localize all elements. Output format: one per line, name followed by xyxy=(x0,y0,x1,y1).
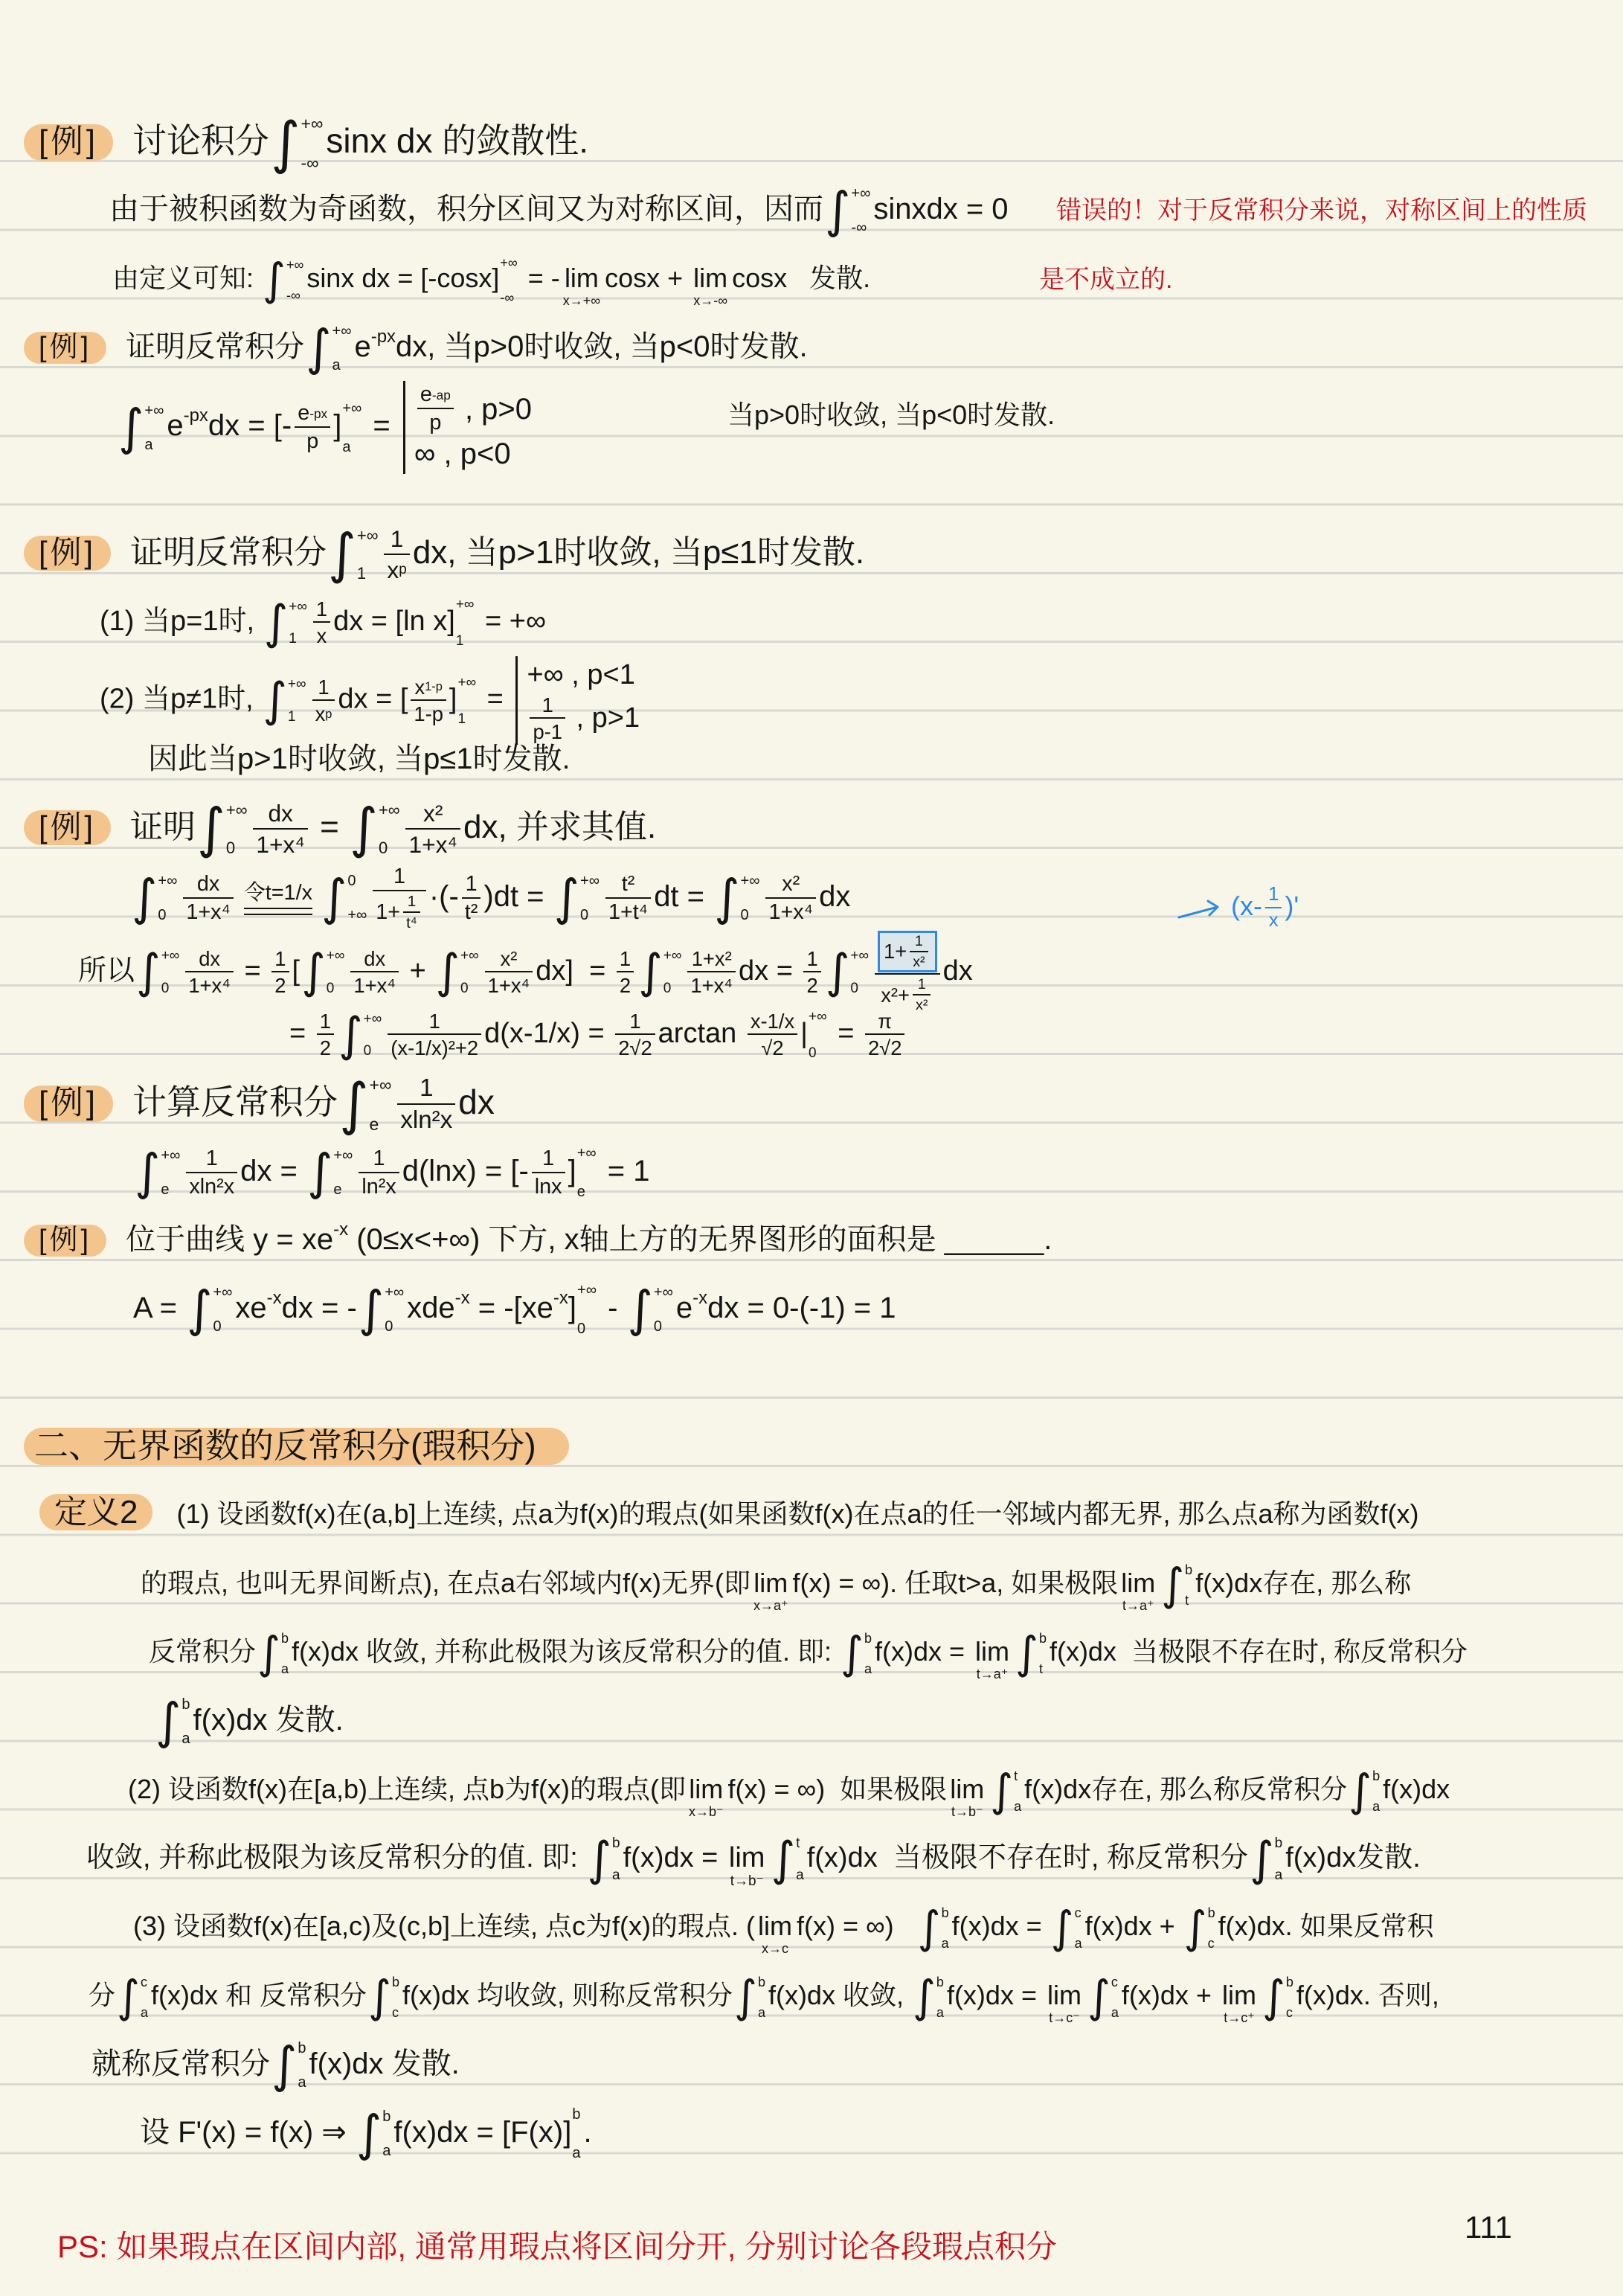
text-segment: f(x)dx. 否则, xyxy=(1296,1980,1439,2010)
integral-limits: ba xyxy=(298,2041,306,2090)
derivative-hint-note: (x-1x)' xyxy=(1231,872,1299,940)
text-segment: = -[xe xyxy=(470,1292,553,1324)
lower-limit: a xyxy=(382,2143,391,2158)
fraction: x1-p1-p xyxy=(411,676,446,726)
numerator: 1+1x² xyxy=(875,931,940,973)
upper-limit: b xyxy=(181,1697,190,1712)
text-segment: 计算反常积分 xyxy=(132,1083,338,1121)
numerator: 1 xyxy=(313,597,330,621)
integral: ∫+∞0 xyxy=(554,873,600,923)
numerator: x1-p xyxy=(411,676,445,699)
text-segment: 就称反常积分 xyxy=(91,2048,270,2080)
example-label: [例] xyxy=(24,810,111,845)
definition-2-line-7: (3) 设函数f(x)在[a,c)及(c,b]上连续, 点c为f(x)的瑕点. … xyxy=(133,1892,1434,1960)
numerator: 1 xyxy=(539,1147,557,1172)
text-segment: f(x)dx 当极限不存在时, 称反常积分 xyxy=(807,1842,1248,1873)
numerator: 1+x² xyxy=(689,947,735,971)
text-segment: dx = xyxy=(739,955,800,987)
correction-note-1: 错误的！对于反常积分来说，对称区间上的性质 xyxy=(1056,176,1587,245)
integral-limits: bc xyxy=(1286,1975,1293,2019)
upper-limit: b xyxy=(382,2109,391,2124)
text-segment: (3) 设函数f(x)在[a,c)及(c,b]上连续, 点c为f(x)的瑕点. … xyxy=(133,1911,755,1941)
integral: ∫+∞0 xyxy=(197,802,247,856)
integral-sign-icon: ∫ xyxy=(197,802,225,856)
text-segment: (0≤x<+∞) 下方, x轴上方的无界图形的面积是 ______. xyxy=(348,1223,1052,1256)
integral-sign-icon: ∫ xyxy=(913,1975,936,2019)
limit: limt→a⁺ xyxy=(975,1638,1009,1681)
text-segment: f(x)dx 收敛, xyxy=(768,1980,911,2010)
limit: limt→c⁺ xyxy=(1222,1982,1256,2024)
numerator: x² xyxy=(779,872,803,897)
integral: ∫ba xyxy=(734,1975,765,2019)
denominator: 1+x⁴ xyxy=(185,971,234,997)
limit: limx→c xyxy=(758,1913,792,1955)
denominator: 1+t⁴ xyxy=(605,897,651,925)
numerator: 1 xyxy=(1265,884,1282,907)
integral: ∫+∞0 xyxy=(136,949,179,995)
text-segment: dx] = xyxy=(536,955,614,987)
integral-limits: bt xyxy=(1185,1563,1192,1607)
upper-limit: b xyxy=(298,2041,306,2056)
lower-limit: a xyxy=(141,2006,148,2019)
text-segment: 反常积分 xyxy=(149,1636,256,1667)
text-segment: 由于被积函数为奇函数，积分区间又为对称区间，因而 xyxy=(109,193,823,225)
integral-sign-icon: ∫ xyxy=(841,1632,864,1675)
lower-limit: a xyxy=(1075,1937,1082,1950)
fraction: e-app xyxy=(417,382,454,435)
superscript: -x xyxy=(333,1219,348,1240)
text-segment: f(x)dx 收敛, 并称此极限为该反常积分的值. 即: xyxy=(292,1636,839,1667)
fraction: 1xln²x xyxy=(186,1147,237,1199)
integral-sign-icon: ∫ xyxy=(306,324,331,373)
text-segment: e xyxy=(420,382,432,407)
definition-2-line-9: 就称反常积分∫baf(x)dx 发散. xyxy=(91,2030,460,2098)
example-4-title: [例]证明∫+∞0dx1+x⁴ = ∫+∞0x²1+x⁴dx, 并求其值. xyxy=(24,793,656,862)
integral-sign-icon: ∫ xyxy=(1184,1906,1207,1950)
fraction: 12 xyxy=(317,1010,334,1060)
lower-limit: a xyxy=(942,1937,949,1950)
integral-sign-icon: ∫ xyxy=(1262,1975,1285,2019)
integral-limits: +∞0 xyxy=(158,873,177,923)
integral: ∫bc xyxy=(1184,1906,1215,1950)
upper-limit: b xyxy=(1372,1769,1380,1783)
case-row: +∞ , p<1 xyxy=(527,658,640,693)
numerator: dx xyxy=(196,947,223,971)
text-segment: (x- xyxy=(1231,891,1262,921)
integral-sign-icon: ∫ xyxy=(263,258,286,302)
integral: ∫bc xyxy=(1262,1975,1293,2019)
denominator: x² xyxy=(910,951,928,971)
numerator: 1 xyxy=(626,1010,643,1033)
fraction: 1x² xyxy=(910,933,928,970)
integral: ∫ba xyxy=(271,2041,306,2090)
upper-limit: +∞ xyxy=(364,1012,382,1026)
text-segment: 因此当p>1时收敛, 当p≤1时发散. xyxy=(148,743,571,775)
text-segment: 1+ xyxy=(884,940,907,963)
denominator: xp xyxy=(312,699,335,725)
fraction: 1+x²1+x⁴ xyxy=(687,947,736,998)
text-segment: 收敛, 并称此极限为该反常积分的值. 即: xyxy=(86,1842,585,1873)
integral-limits: +∞1 xyxy=(289,600,307,647)
integral-limits: +∞0 xyxy=(663,949,682,995)
integral-limits: ca xyxy=(1075,1906,1082,1950)
text-segment: f(x)dx = [F(x)] xyxy=(393,2116,571,2149)
newton-leibniz-line: 设 F'(x) = f(x) ⇒ ∫baf(x)dx = [F(x)]ba. xyxy=(140,2098,592,2167)
example-label: [例] xyxy=(24,536,111,571)
integral-limits: +∞0 xyxy=(385,1285,404,1334)
integral-sign-icon: ∫ xyxy=(918,1906,941,1950)
text-segment: e xyxy=(298,401,309,426)
example-label: [例] xyxy=(24,1086,113,1122)
upper-limit: b xyxy=(758,1975,765,1989)
denominator: t² xyxy=(462,897,481,925)
integral: ∫+∞0 xyxy=(628,1285,673,1334)
text-segment: (1) 当p=1时, xyxy=(100,606,263,637)
upper-limit: b xyxy=(392,1975,399,1989)
integral-limits: ba xyxy=(612,1836,620,1883)
integral: ∫ba xyxy=(257,1632,289,1675)
fraction: dx1+x⁴ xyxy=(350,947,399,998)
evaluation-limits: +∞1 xyxy=(456,597,475,648)
definition-label: 定义2 xyxy=(39,1494,152,1530)
section-2-header: 二、无界函数的反常积分(瑕积分) xyxy=(24,1411,569,1480)
upper-limit: b xyxy=(1208,1906,1215,1920)
example-label: [例] xyxy=(24,124,113,161)
text-segment: f(x)dx xyxy=(1383,1774,1450,1804)
upper-limit: b xyxy=(612,1836,620,1850)
example-3-title-text: 证明反常积分∫+∞11xpdx, 当p>1时收敛, 当p≤1时发散. xyxy=(130,534,864,571)
integral-sign-icon: ∫ xyxy=(263,677,287,724)
integral-sign-icon: ∫ xyxy=(554,873,579,923)
integral-sign-icon: ∫ xyxy=(587,1836,611,1883)
integral-limits: ba xyxy=(864,1632,872,1675)
text-segment: 证明 xyxy=(130,809,196,845)
integral-limits: 0+∞ xyxy=(347,873,367,923)
lower-limit: a xyxy=(1014,1800,1021,1813)
integral: ∫bt xyxy=(1015,1632,1047,1675)
lim-operator: lim xyxy=(950,1776,984,1803)
denominator: 1+x⁴ xyxy=(183,897,234,925)
integral-sign-icon: ∫ xyxy=(118,403,144,452)
fraction: dx1+x⁴ xyxy=(183,872,234,925)
denominator: 1+x⁴ xyxy=(765,897,816,925)
definition-2-line-4: ∫baf(x)dx 发散. xyxy=(154,1686,344,1754)
lower-limit: 0 xyxy=(161,981,180,995)
integral: ∫ca xyxy=(1051,1906,1082,1950)
text-segment: dx, 当p>0时收敛, 当p<0时发散. xyxy=(396,330,808,363)
integral: ∫bt xyxy=(1161,1563,1192,1607)
fraction: 1xp xyxy=(384,525,409,583)
example-6-title: [例]位于曲线 y = xe-x (0≤x<+∞) 下方, x轴上方的无界图形的… xyxy=(24,1205,1052,1274)
superscript: -x xyxy=(267,1288,282,1308)
text-segment: . xyxy=(583,2116,591,2149)
example-1-line-2: 由定义可知: ∫+∞-∞sinx dx = [-cosx]+∞-∞ = -lim… xyxy=(112,244,870,312)
integral-limits: ba xyxy=(1372,1769,1380,1813)
case-row: ∞ , p<0 xyxy=(414,435,532,472)
integral-sign-icon: ∫ xyxy=(990,1769,1013,1813)
denominator: x xyxy=(313,621,330,647)
integral: ∫+∞0 xyxy=(187,1285,232,1334)
lim-operator: lim xyxy=(975,1638,1009,1665)
superscript: -x xyxy=(553,1288,568,1308)
limit-approach: t→a⁺ xyxy=(977,1667,1009,1681)
integral: ∫+∞1 xyxy=(328,527,378,582)
integral: ∫+∞0 xyxy=(714,873,759,923)
example-5-title: [例]计算反常积分∫+∞e1xln²xdx xyxy=(24,1068,495,1136)
integral-sign-icon: ∫ xyxy=(356,2109,382,2158)
upper-limit: +∞ xyxy=(289,600,307,614)
limit: limx→+∞ xyxy=(563,265,600,307)
denominator: 1+x⁴ xyxy=(405,828,460,858)
integral: ∫+∞-∞ xyxy=(271,115,323,172)
text-segment: (2) 设函数f(x)在[a,b)上连续, 点b为f(x)的瑕点(即 xyxy=(128,1774,686,1804)
text-segment: dx, 并求其值. xyxy=(463,809,656,845)
integral-limits: +∞0 xyxy=(327,949,345,995)
numerator: 1 xyxy=(271,947,289,971)
integral: ∫+∞1 xyxy=(264,600,307,647)
integral-sign-icon: ∫ xyxy=(338,1012,363,1059)
integral-sign-icon: ∫ xyxy=(136,949,161,995)
integral-limits: ba xyxy=(281,1632,289,1675)
integral-sign-icon: ∫ xyxy=(771,1836,795,1883)
integral: ∫ba xyxy=(918,1906,949,1950)
integral: ∫+∞0 xyxy=(638,949,681,995)
integral-limits: ta xyxy=(1014,1769,1021,1813)
numerator: π xyxy=(875,1010,895,1033)
integral-sign-icon: ∫ xyxy=(301,949,326,995)
fraction: x²1+x⁴ xyxy=(485,947,533,998)
substitution-label: 令t=1/x xyxy=(244,882,312,905)
lower-limit: +∞ xyxy=(347,908,367,923)
lim-operator: lim xyxy=(565,265,599,292)
upper-limit: +∞ xyxy=(385,1285,404,1300)
upper-limit: +∞ xyxy=(379,802,400,818)
integral-sign-icon: ∫ xyxy=(638,949,663,995)
text-segment: f(x)dx + xyxy=(1122,1980,1219,2010)
definition-2-line-1: 定义2(1) 设函数f(x)在(a,b]上连续, 点a为f(x)的瑕点(如果函数… xyxy=(39,1480,1419,1548)
fraction: 1xp xyxy=(312,676,335,726)
lower-limit: a xyxy=(936,2006,944,2019)
numerator: dx xyxy=(361,947,388,971)
lower-limit: 1 xyxy=(289,632,307,646)
definition-2-line-2: 的瑕点, 也叫无界间断点), 在点a右邻域内f(x)无界(即limx→a⁺f(x… xyxy=(141,1549,1411,1617)
numerator: 1 xyxy=(370,1147,388,1172)
integral: ∫ta xyxy=(771,1836,803,1883)
text-segment: 位于曲线 y = xe xyxy=(126,1223,333,1256)
denominator: 2 xyxy=(617,971,634,997)
numerator: 1 xyxy=(405,893,420,911)
example-4-line-1: ∫+∞0dx1+x⁴令t=1/x∫0+∞11+1t⁴·(-1t²)dt = ∫+… xyxy=(130,862,850,931)
integral-limits: ca xyxy=(1111,1975,1119,2019)
integral-limits: +∞-∞ xyxy=(286,258,303,302)
upper-limit: +∞ xyxy=(288,677,306,691)
integral-limits: ca xyxy=(141,1975,148,2019)
limit: limt→b⁻ xyxy=(950,1776,984,1818)
integral-limits: ta xyxy=(796,1836,804,1883)
lower-limit: a xyxy=(298,2075,306,2090)
integral: ∫+∞0 xyxy=(826,949,869,995)
definition-2-line-6: 收敛, 并称此极限为该反常积分的值. 即: ∫baf(x)dx = limt→b… xyxy=(86,1824,1421,1892)
denominator: 1+x⁴ xyxy=(253,828,308,858)
example-5-line-1: ∫+∞e1xln²xdx = ∫+∞e1ln²xd(lnx) = [-1lnx]… xyxy=(133,1137,649,1205)
fraction: π2√2 xyxy=(865,1010,904,1060)
integral-limits: +∞1 xyxy=(288,677,306,724)
fraction: 12 xyxy=(617,947,634,998)
integral: ∫+∞e xyxy=(135,1148,180,1197)
numerator: 1 xyxy=(317,1010,334,1033)
upper-limit: b xyxy=(1275,1836,1283,1850)
upper-limit: +∞ xyxy=(456,597,475,612)
integral-sign-icon: ∫ xyxy=(328,527,356,582)
text-segment: dx = [ln x] xyxy=(333,606,455,637)
numerator: 1 xyxy=(417,1074,436,1103)
text-segment: 由定义可知: xyxy=(112,263,261,293)
lim-operator: lim xyxy=(1222,1982,1256,2009)
text-segment: cosx + xyxy=(605,263,690,293)
integral-limits: bc xyxy=(392,1975,399,2019)
integral-sign-icon: ∫ xyxy=(135,1148,160,1197)
text-segment: f(x)dx = xyxy=(623,1842,726,1873)
text-segment: = xyxy=(237,955,269,987)
limit-approach: t→a⁺ xyxy=(1122,1599,1154,1612)
text-segment: = xyxy=(289,1018,314,1049)
integral-sign-icon: ∫ xyxy=(321,873,347,923)
text-segment: ] xyxy=(333,409,341,442)
text-segment: dx, 当p>1时收敛, 当p≤1时发散. xyxy=(413,534,864,571)
integral: ∫ba xyxy=(1250,1836,1282,1883)
integral-sign-icon: ∫ xyxy=(368,1975,391,2019)
upper-limit: +∞ xyxy=(577,1146,597,1161)
denominator: 2 xyxy=(271,971,289,997)
numerator: 1 xyxy=(463,872,481,897)
upper-limit: b xyxy=(1286,1975,1293,1989)
fraction: 1lnx xyxy=(532,1147,565,1199)
text-segment: = 1 xyxy=(600,1155,650,1187)
integral-sign-icon: ∫ xyxy=(628,1285,653,1334)
evaluation-limits: ba xyxy=(572,2107,580,2161)
lower-limit: 0 xyxy=(850,981,869,995)
upper-limit: +∞ xyxy=(286,258,303,272)
text-segment: dx xyxy=(819,880,850,913)
lower-limit: a xyxy=(758,2006,765,2019)
example-3-line-2: (2) 当p≠1时, ∫+∞11xpdx = [x1-p1-p]+∞1 = +∞… xyxy=(100,656,640,725)
upper-limit: 0 xyxy=(347,873,367,888)
lower-limit: e xyxy=(333,1182,353,1197)
upper-limit: +∞ xyxy=(370,1077,392,1094)
text-segment: e xyxy=(354,330,370,363)
numerator: 1 xyxy=(617,947,634,971)
limit-approach: t→b⁻ xyxy=(730,1874,764,1888)
integral: ∫ta xyxy=(990,1769,1021,1813)
numerator: 1 xyxy=(912,933,926,951)
limit: limx→b⁻ xyxy=(689,1776,724,1818)
lower-limit: e xyxy=(370,1116,392,1133)
integral: ∫ca xyxy=(117,1975,148,2019)
text-segment: A = xyxy=(133,1292,185,1324)
lower-limit: 0 xyxy=(577,1321,597,1336)
numerator: 1 xyxy=(388,525,407,553)
upper-limit: +∞ xyxy=(357,527,379,544)
text-segment: f(x)dx 和 反常积分 xyxy=(151,1980,367,2010)
upper-limit: b xyxy=(281,1632,289,1645)
text-segment: dx = [ xyxy=(338,684,408,715)
text-segment: f(x) = ∞) 如果极限 xyxy=(728,1774,948,1804)
integral: ∫+∞e xyxy=(339,1077,391,1133)
text-segment: ∞ , p<0 xyxy=(414,435,511,472)
fraction: x²1+x⁴ xyxy=(765,872,816,925)
limit: limt→b⁻ xyxy=(729,1844,765,1888)
integral-sign-icon: ∫ xyxy=(435,949,460,995)
text-segment: 的瑕点, 也叫无界间断点), 在点a右邻域内f(x)无界(即 xyxy=(141,1568,751,1598)
integral-limits: +∞e xyxy=(370,1077,392,1133)
lower-limit: 0 xyxy=(385,1319,404,1334)
integral: ∫+∞-∞ xyxy=(263,258,303,302)
lower-limit: -∞ xyxy=(286,289,303,302)
numerator: 1 xyxy=(315,676,332,699)
text-segment: f(x) = ∞) xyxy=(797,1911,916,1941)
text-segment: xe xyxy=(235,1292,266,1324)
upper-limit: +∞ xyxy=(161,1148,180,1163)
lower-limit: a xyxy=(281,1662,289,1675)
lower-limit: 0 xyxy=(158,908,177,923)
text-segment: 设 F'(x) = f(x) ⇒ xyxy=(140,2116,355,2149)
integral-sign-icon: ∫ xyxy=(826,949,850,995)
lower-limit: a xyxy=(796,1868,804,1882)
lower-limit: 1 xyxy=(456,634,475,648)
definition-2-line-5: (2) 设函数f(x)在[a,b)上连续, 点b为f(x)的瑕点(即limx→b… xyxy=(128,1755,1450,1824)
text-segment: - xyxy=(600,1292,626,1324)
limit-approach: x→+∞ xyxy=(563,294,600,307)
text-segment: +∞ , p<1 xyxy=(527,658,634,693)
text-segment: )dt = xyxy=(483,880,552,913)
lim-operator: lim xyxy=(729,1844,765,1872)
denominator: 2√2 xyxy=(865,1033,904,1059)
text-segment: 讨论积分 xyxy=(132,121,269,160)
lower-limit: a xyxy=(1275,1868,1283,1882)
integral-limits: +∞0 xyxy=(580,873,600,923)
text-segment: f(x)dx = xyxy=(952,1911,1050,1941)
lim-operator: lim xyxy=(1121,1570,1155,1597)
numerator: dx xyxy=(265,800,295,827)
example-6-line-1: A = ∫+∞0xe-xdx = -∫+∞0xde-x = -[xe-x]+∞0… xyxy=(133,1274,896,1342)
denominator: 2 xyxy=(803,971,820,997)
integral: ∫ba xyxy=(587,1836,620,1883)
numerator: 1 xyxy=(803,947,820,971)
example-3-line-3: 因此当p>1时收敛, 当p≤1时发散. xyxy=(148,725,571,793)
upper-limit: t xyxy=(1014,1769,1021,1783)
lim-operator: lim xyxy=(1047,1982,1082,2009)
integral-sign-icon: ∫ xyxy=(1161,1563,1184,1607)
numerator: 1 xyxy=(391,865,408,890)
text-segment: x xyxy=(315,702,326,725)
limit-approach: x→-∞ xyxy=(693,294,727,307)
denominator: lnx xyxy=(532,1172,565,1199)
integral-sign-icon: ∫ xyxy=(117,1975,140,2019)
example-1-line-1: 由于被积函数为奇函数，积分区间又为对称区间，因而∫+∞-∞sinxdx = 0 xyxy=(109,175,1009,243)
fraction: dx1+x⁴ xyxy=(185,947,234,998)
upper-limit: +∞ xyxy=(161,949,180,963)
upper-limit: +∞ xyxy=(851,186,870,201)
integral-limits: +∞0 xyxy=(226,802,248,856)
integral-limits: +∞e xyxy=(333,1148,353,1197)
text-segment: = xyxy=(311,809,348,845)
upper-limit: c xyxy=(1111,1975,1119,1989)
superscript: -x xyxy=(455,1288,470,1308)
upper-limit: +∞ xyxy=(460,949,479,963)
page-number: 111 xyxy=(1465,2193,1512,2262)
denominator: 1+x⁴ xyxy=(687,971,736,997)
integral: ∫bc xyxy=(368,1975,399,2019)
